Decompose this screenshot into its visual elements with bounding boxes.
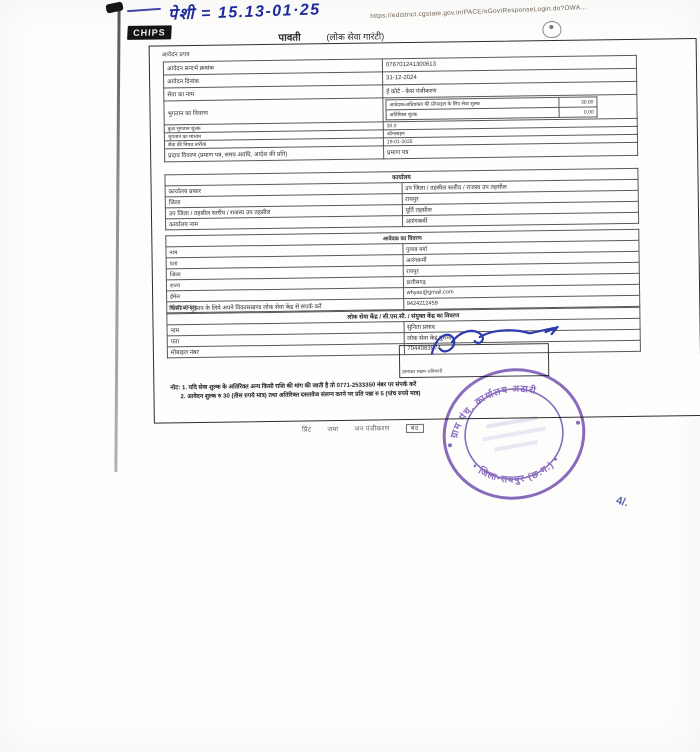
receipt-form-border: आवेदन प्रपत्र आवेदन सन्दर्भ क्रमांक 0767…	[149, 38, 700, 424]
print-button[interactable]: प्रिंट	[302, 426, 311, 433]
submit-button[interactable]: जमा	[327, 426, 338, 433]
field-label: कार्यालय नाम	[166, 216, 403, 230]
page-subtitle: (लोक सेवा गारंटी)	[326, 29, 384, 43]
field-label: प्रदाय विवरण (प्रमाण पत्र, समय अवधि, आदे…	[165, 146, 384, 162]
applicant-details-table: आवेदक का विवरण नाम गुलाब वर्मा पता आरंगक…	[165, 229, 640, 314]
field-value: प्रमाण पत्र	[384, 142, 638, 159]
print-header-url: https://edistrict.cgstate.gov.in/PACE/eG…	[370, 0, 695, 20]
field-label: भुगतान का विवरण	[164, 98, 383, 125]
fee-amount: 30.00	[559, 97, 597, 108]
portal-button-row: प्रिंट जमा जन पंजीकरण बंद	[302, 423, 438, 434]
official-round-stamp-icon: ग्राम पंच. कार्यालय अटारी • जिला-रायपुर …	[426, 358, 602, 510]
state-emblem-icon	[542, 21, 561, 38]
document-body: CHIPS पावती (लोक सेवा गारंटी) https://ed…	[118, 0, 700, 479]
application-details-table: आवेदन सन्दर्भ क्रमांक 076701241300613 आव…	[163, 55, 638, 163]
table-row: अतिरिक्त शुल्क 0.00	[386, 107, 597, 120]
handwritten-corner-mark: 4/.	[615, 495, 630, 510]
scanned-receipt-page: पेशी = 15.13-01·25 CHIPS पावती (लोक सेवा…	[0, 0, 700, 752]
fee-name: अतिरिक्त शुल्क	[386, 107, 559, 119]
payment-fee-table: आवेदक/अधिवक्ता की प्रोफाइल के लिए सेवा श…	[385, 96, 597, 120]
page-title: पावती	[278, 30, 300, 44]
public-registration-button[interactable]: जन पंजीकरण	[354, 425, 389, 432]
payment-details-cell: आवेदक/अधिवक्ता की प्रोफाइल के लिए सेवा श…	[383, 94, 637, 122]
field-value: आरंगकर्मी	[402, 212, 639, 226]
field-label: मोबाइल नंबर	[167, 344, 404, 358]
form-section-label: आवेदन प्रपत्र	[162, 50, 190, 58]
fee-amount: 0.00	[559, 107, 597, 118]
chips-logo: CHIPS	[127, 25, 172, 40]
office-details-table: कार्यालय कार्यालय प्रकार उप जिला / तहसील…	[164, 168, 639, 231]
close-button[interactable]: बंद	[406, 424, 424, 433]
